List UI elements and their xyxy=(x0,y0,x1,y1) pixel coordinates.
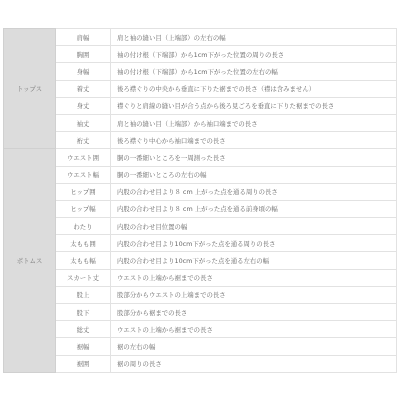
item-label: 身丈 xyxy=(56,97,111,114)
item-label: 身幅 xyxy=(56,63,111,80)
item-label: 総丈 xyxy=(56,321,111,338)
item-label: ヒップ囲 xyxy=(56,183,111,200)
table-row: トップス 肩幅 肩と袖の縫い目（上端部）の左右の幅 xyxy=(4,29,397,46)
item-description: 肩と袖の縫い目（上端部）の左右の幅 xyxy=(111,29,397,46)
item-description: 内股の合わせ目より10cm下がった点を通る左右の幅 xyxy=(111,252,397,269)
item-label: 太もも囲 xyxy=(56,235,111,252)
item-description: ウエストの上端から裾までの長さ xyxy=(111,321,397,338)
item-description: 内股の合わせ目より８ cm 上がった点を通る周りの長さ xyxy=(111,183,397,200)
item-description: 内股の合わせ目位置の幅 xyxy=(111,218,397,235)
item-label: 裾囲 xyxy=(56,355,111,372)
table-row: 裾囲 裾の周りの長さ xyxy=(4,355,397,372)
item-label: 裄丈 xyxy=(56,132,111,149)
table-row: 裄丈 後ろ襟ぐり中心から袖口端までの長さ xyxy=(4,132,397,149)
item-label: ヒップ幅 xyxy=(56,200,111,217)
item-description: 後ろ襟ぐり中心から袖口端までの長さ xyxy=(111,132,397,149)
item-description: 肩と袖の縫い目（上端部）から袖口端までの長さ xyxy=(111,114,397,131)
table-row: 股上 股部分からウエストの上端までの長さ xyxy=(4,286,397,303)
item-label: 股下 xyxy=(56,304,111,321)
item-description: 胴の一番細いところの左右の幅 xyxy=(111,166,397,183)
table-row: スカート丈 ウエストの上端から裾までの長さ xyxy=(4,269,397,286)
table-row: ウエスト幅 胴の一番細いところの左右の幅 xyxy=(4,166,397,183)
item-label: 股上 xyxy=(56,286,111,303)
table-row: 着丈 後ろ襟ぐりの中央から垂直に下りた裾までの長さ（襟は含みません） xyxy=(4,80,397,97)
item-description: 襟ぐりと肩線の縫い目が合う点から後ろ見ごろを垂直に下りた裾までの長さ xyxy=(111,97,397,114)
item-label: 太もも幅 xyxy=(56,252,111,269)
table-row: 袖丈 肩と袖の縫い目（上端部）から袖口端までの長さ xyxy=(4,114,397,131)
table-row: ヒップ囲 内股の合わせ目より８ cm 上がった点を通る周りの長さ xyxy=(4,183,397,200)
table-row: 総丈 ウエストの上端から裾までの長さ xyxy=(4,321,397,338)
table-row: 太もも幅 内股の合わせ目より10cm下がった点を通る左右の幅 xyxy=(4,252,397,269)
item-description: 股部分からウエストの上端までの長さ xyxy=(111,286,397,303)
category-bottoms: ボトムス xyxy=(4,149,56,372)
item-description: 袖の付け根（下端部）から1cm下がった位置の左右の幅 xyxy=(111,63,397,80)
table-row: 身幅 袖の付け根（下端部）から1cm下がった位置の左右の幅 xyxy=(4,63,397,80)
table-row: ヒップ幅 内股の合わせ目より８ cm 上がった点を通る前身頃の幅 xyxy=(4,200,397,217)
table-row: 裾幅 裾の左右の幅 xyxy=(4,338,397,355)
table-row: 股下 股部分から裾までの長さ xyxy=(4,304,397,321)
item-label: ウエスト囲 xyxy=(56,149,111,166)
table-row: ボトムス ウエスト囲 胴の一番細いところを一周測った長さ xyxy=(4,149,397,166)
item-description: ウエストの上端から裾までの長さ xyxy=(111,269,397,286)
item-description: 胴の一番細いところを一周測った長さ xyxy=(111,149,397,166)
item-description: 内股の合わせ目より８ cm 上がった点を通る前身頃の幅 xyxy=(111,200,397,217)
item-description: 裾の左右の幅 xyxy=(111,338,397,355)
item-description: 袖の付け根（下端部）から1cm下がった位置の周りの長さ xyxy=(111,46,397,63)
item-label: わたり xyxy=(56,218,111,235)
item-description: 後ろ襟ぐりの中央から垂直に下りた裾までの長さ（襟は含みません） xyxy=(111,80,397,97)
item-label: 着丈 xyxy=(56,80,111,97)
item-label: 肩幅 xyxy=(56,29,111,46)
item-description: 内股の合わせ目より10cm下がった点を通る周りの長さ xyxy=(111,235,397,252)
item-label: ウエスト幅 xyxy=(56,166,111,183)
table-row: 身丈 襟ぐりと肩線の縫い目が合う点から後ろ見ごろを垂直に下りた裾までの長さ xyxy=(4,97,397,114)
item-label: スカート丈 xyxy=(56,269,111,286)
table-row: わたり 内股の合わせ目位置の幅 xyxy=(4,218,397,235)
measurement-guide-table: トップス 肩幅 肩と袖の縫い目（上端部）の左右の幅 胸囲 袖の付け根（下端部）か… xyxy=(3,28,397,373)
table-row: 胸囲 袖の付け根（下端部）から1cm下がった位置の周りの長さ xyxy=(4,46,397,63)
item-description: 裾の周りの長さ xyxy=(111,355,397,372)
category-tops: トップス xyxy=(4,29,56,149)
table-row: 太もも囲 内股の合わせ目より10cm下がった点を通る周りの長さ xyxy=(4,235,397,252)
item-label: 裾幅 xyxy=(56,338,111,355)
item-label: 袖丈 xyxy=(56,114,111,131)
item-description: 股部分から裾までの長さ xyxy=(111,304,397,321)
item-label: 胸囲 xyxy=(56,46,111,63)
